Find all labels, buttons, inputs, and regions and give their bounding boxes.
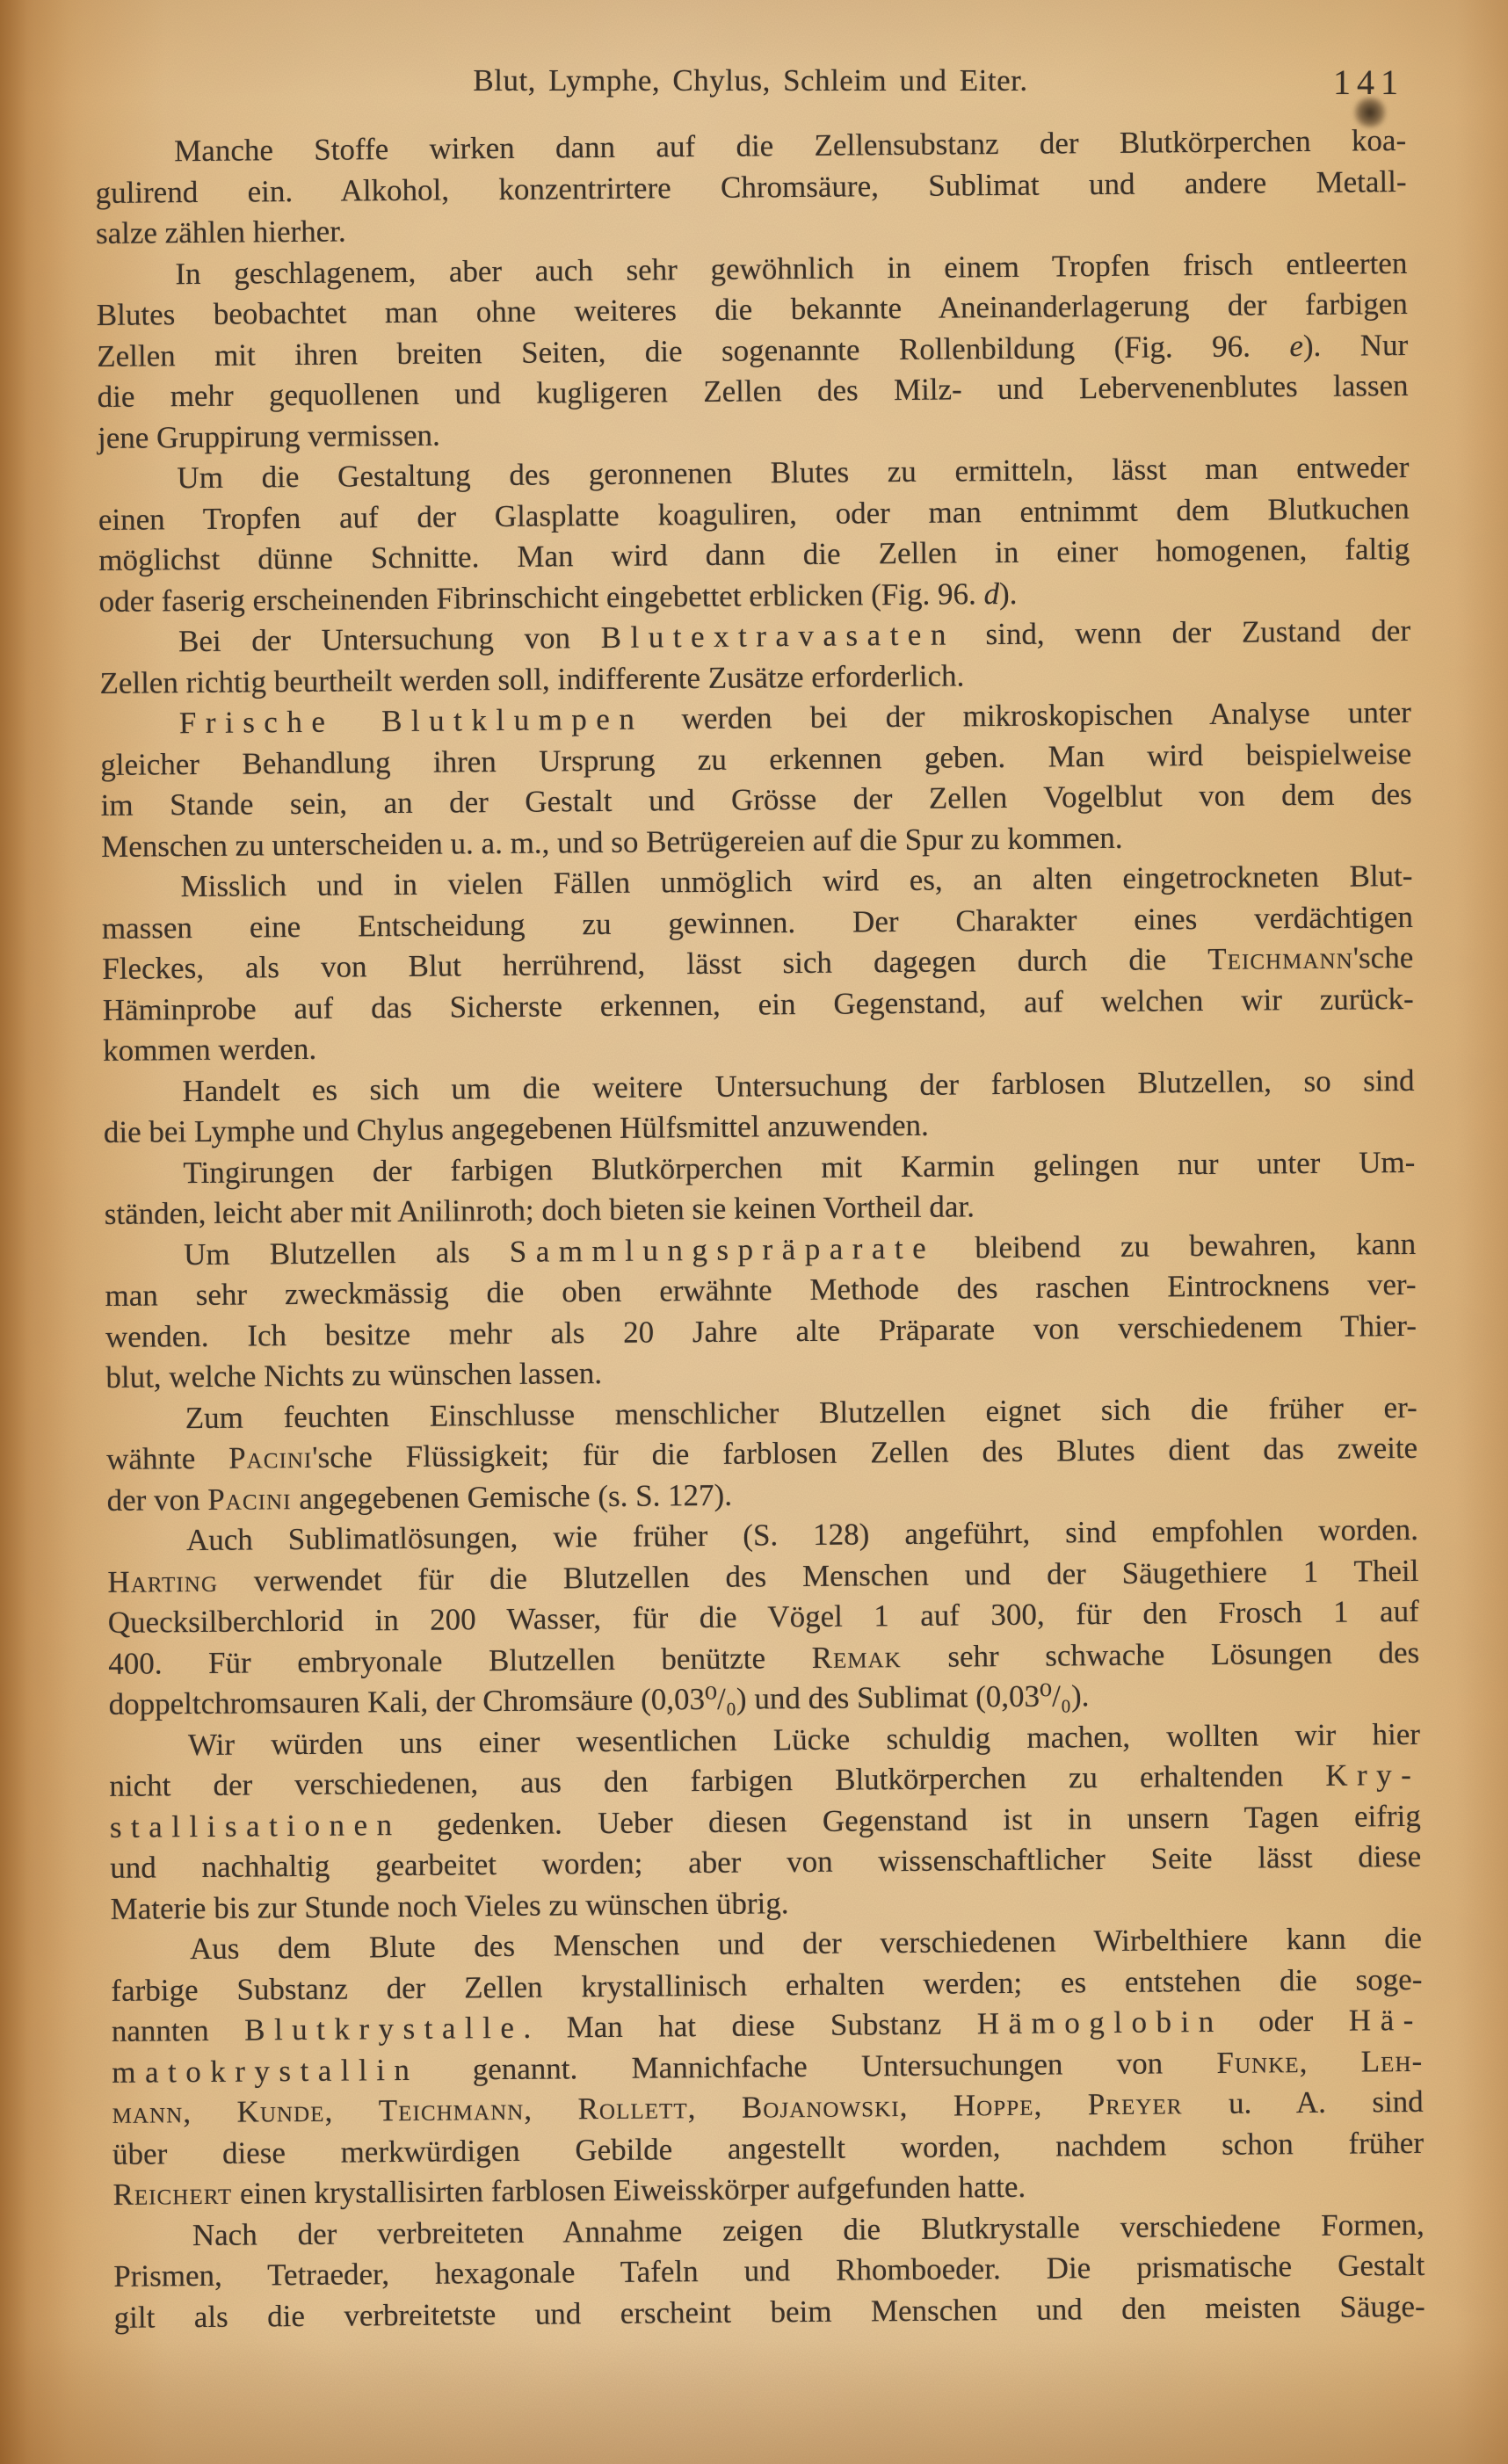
page-body: Manche Stoffe wirken dann auf die Zellen… (95, 120, 1425, 2338)
book-page-scan: Blut, Lymphe, Chylus, Schleim und Eiter.… (0, 0, 1508, 2464)
paragraph: Nach der verbreiteten Annahme zeigen die… (113, 2204, 1425, 2338)
paragraph: Handelt es sich um die weitere Untersuch… (103, 1060, 1415, 1153)
paragraph: Frische Blutklumpen werden bei der mikro… (100, 692, 1413, 867)
paragraph: Zum feuchten Einschlusse menschlicher Bl… (106, 1387, 1418, 1521)
paragraph: Auch Sublimatlösungen, wie früher (S. 12… (107, 1510, 1420, 1726)
paragraph: Aus dem Blute des Menschen und der versc… (111, 1918, 1425, 2216)
paragraph: Um Blutzellen als Sammlungspräparate ble… (105, 1223, 1417, 1398)
paragraph: Misslich und in vielen Fällen unmöglich … (101, 856, 1414, 1072)
paragraph: Bei der Untersuchung von Blutextravasate… (99, 611, 1411, 704)
page-header: Blut, Lymphe, Chylus, Schleim und Eiter.… (95, 63, 1406, 107)
paragraph: In geschlagenem, aber auch sehr gewöhnli… (96, 243, 1409, 459)
paragraph: Um die Gestaltung des geronnenen Blutes … (98, 447, 1410, 622)
paragraph: Wir würden uns einer wesentlichen Lücke … (109, 1714, 1422, 1930)
paragraph: Manche Stoffe wirken dann auf die Zellen… (95, 120, 1407, 255)
running-title: Blut, Lymphe, Chylus, Schleim und Eiter. (95, 63, 1406, 98)
paragraph: Tingirungen der farbigen Blutkörperchen … (104, 1141, 1416, 1235)
